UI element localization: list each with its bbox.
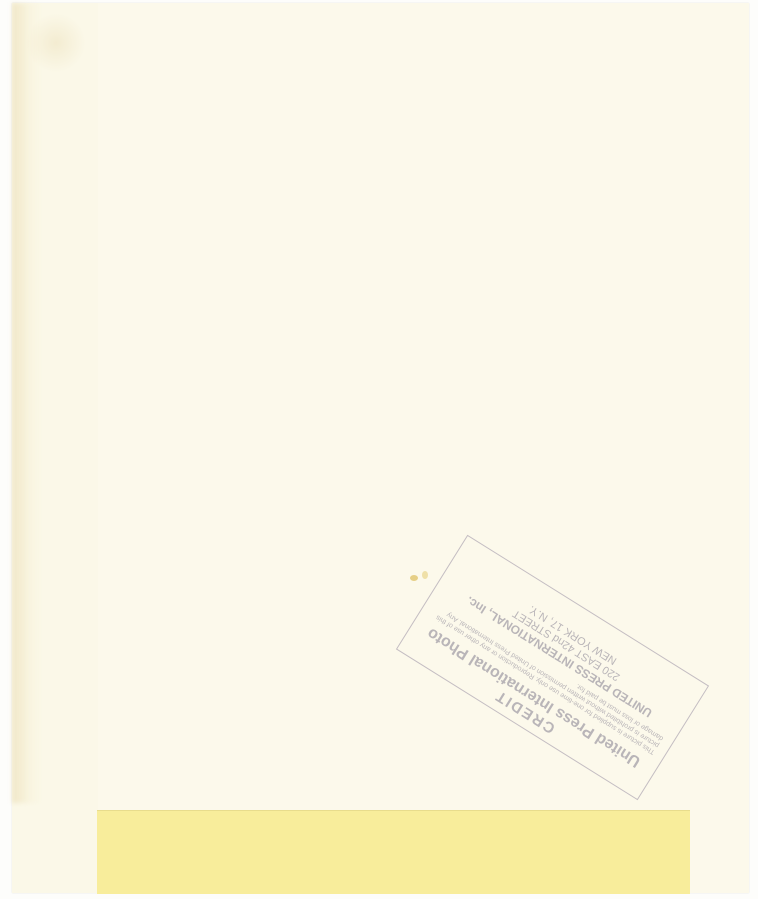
stain-speck (422, 571, 428, 579)
age-stain-corner (26, 13, 86, 73)
yellow-caption-strip (97, 810, 690, 894)
age-stain-left (12, 3, 42, 803)
scan-background: CREDIT United Press International Photo … (0, 0, 758, 899)
stain-speck (410, 575, 418, 581)
